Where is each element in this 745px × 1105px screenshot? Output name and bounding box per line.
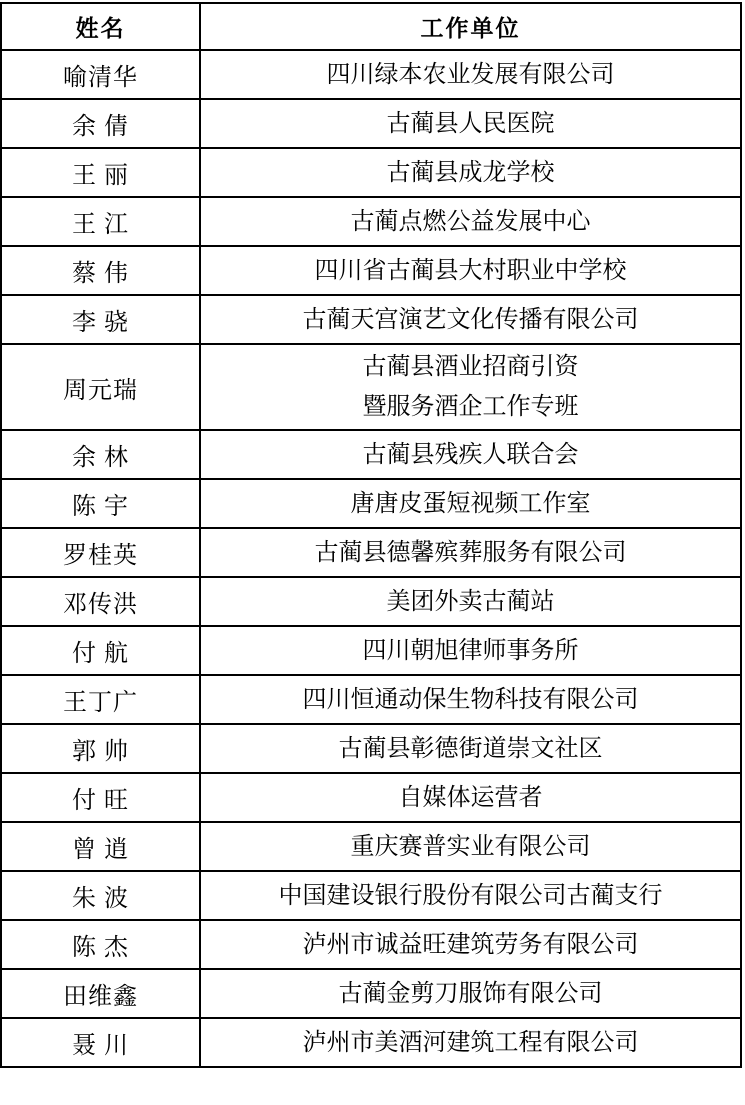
table-row: 余 倩古蔺县人民医院 <box>1 99 741 148</box>
name-cell: 蔡 伟 <box>1 246 200 295</box>
table-row: 王丁广四川恒通动保生物科技有限公司 <box>1 675 741 724</box>
name-cell: 田维鑫 <box>1 969 200 1018</box>
table-row: 李 骁古蔺天宫演艺文化传播有限公司 <box>1 295 741 344</box>
unit-cell: 泸州市诚益旺建筑劳务有限公司 <box>200 920 741 969</box>
unit-cell: 四川绿本农业发展有限公司 <box>200 50 741 99</box>
table-row: 王 江古蔺点燃公益发展中心 <box>1 197 741 246</box>
table-row: 曾 逍重庆赛普实业有限公司 <box>1 822 741 871</box>
table-row: 陈 杰泸州市诚益旺建筑劳务有限公司 <box>1 920 741 969</box>
name-cell: 郭 帅 <box>1 724 200 773</box>
table-row: 邓传洪美团外卖古蔺站 <box>1 577 741 626</box>
table-row: 余 林古蔺县残疾人联合会 <box>1 430 741 479</box>
unit-cell: 自媒体运营者 <box>200 773 741 822</box>
table-row: 付 旺自媒体运营者 <box>1 773 741 822</box>
unit-cell: 泸州市美酒河建筑工程有限公司 <box>200 1018 741 1067</box>
unit-cell: 重庆赛普实业有限公司 <box>200 822 741 871</box>
name-cell: 王 江 <box>1 197 200 246</box>
name-cell: 周元瑞 <box>1 344 200 430</box>
table-row: 朱 波中国建设银行股份有限公司古蔺支行 <box>1 871 741 920</box>
name-cell: 付 航 <box>1 626 200 675</box>
unit-cell: 古蔺县德馨殡葬服务有限公司 <box>200 528 741 577</box>
roster-table: 姓名 工作单位 喻清华四川绿本农业发展有限公司余 倩古蔺县人民医院王 丽古蔺县成… <box>0 2 742 1068</box>
column-header-unit: 工作单位 <box>200 3 741 50</box>
unit-cell: 古蔺县彰德街道崇文社区 <box>200 724 741 773</box>
table-row: 聂 川泸州市美酒河建筑工程有限公司 <box>1 1018 741 1067</box>
table-row: 喻清华四川绿本农业发展有限公司 <box>1 50 741 99</box>
table-row: 王 丽古蔺县成龙学校 <box>1 148 741 197</box>
name-cell: 聂 川 <box>1 1018 200 1067</box>
table-row: 田维鑫古蔺金剪刀服饰有限公司 <box>1 969 741 1018</box>
document-page: 姓名 工作单位 喻清华四川绿本农业发展有限公司余 倩古蔺县人民医院王 丽古蔺县成… <box>0 0 745 1105</box>
table-row: 罗桂英古蔺县德馨殡葬服务有限公司 <box>1 528 741 577</box>
unit-cell: 唐唐皮蛋短视频工作室 <box>200 479 741 528</box>
name-cell: 陈 宇 <box>1 479 200 528</box>
name-cell: 邓传洪 <box>1 577 200 626</box>
unit-cell: 四川朝旭律师事务所 <box>200 626 741 675</box>
unit-cell: 古蔺点燃公益发展中心 <box>200 197 741 246</box>
unit-cell: 古蔺金剪刀服饰有限公司 <box>200 969 741 1018</box>
table-row: 蔡 伟四川省古蔺县大村职业中学校 <box>1 246 741 295</box>
name-cell: 曾 逍 <box>1 822 200 871</box>
unit-cell: 古蔺县残疾人联合会 <box>200 430 741 479</box>
name-cell: 王丁广 <box>1 675 200 724</box>
table-row: 郭 帅古蔺县彰德街道崇文社区 <box>1 724 741 773</box>
unit-cell: 四川省古蔺县大村职业中学校 <box>200 246 741 295</box>
name-cell: 王 丽 <box>1 148 200 197</box>
unit-cell: 古蔺天宫演艺文化传播有限公司 <box>200 295 741 344</box>
name-cell: 余 林 <box>1 430 200 479</box>
unit-cell: 古蔺县酒业招商引资 暨服务酒企工作专班 <box>200 344 741 430</box>
name-cell: 朱 波 <box>1 871 200 920</box>
header-row: 姓名 工作单位 <box>1 3 741 50</box>
name-cell: 李 骁 <box>1 295 200 344</box>
name-cell: 陈 杰 <box>1 920 200 969</box>
name-cell: 罗桂英 <box>1 528 200 577</box>
table-row: 付 航四川朝旭律师事务所 <box>1 626 741 675</box>
column-header-name: 姓名 <box>1 3 200 50</box>
unit-cell: 中国建设银行股份有限公司古蔺支行 <box>200 871 741 920</box>
unit-cell: 四川恒通动保生物科技有限公司 <box>200 675 741 724</box>
unit-cell: 古蔺县成龙学校 <box>200 148 741 197</box>
name-cell: 喻清华 <box>1 50 200 99</box>
table-row: 陈 宇唐唐皮蛋短视频工作室 <box>1 479 741 528</box>
unit-cell: 美团外卖古蔺站 <box>200 577 741 626</box>
table-row: 周元瑞古蔺县酒业招商引资 暨服务酒企工作专班 <box>1 344 741 430</box>
name-cell: 付 旺 <box>1 773 200 822</box>
unit-cell: 古蔺县人民医院 <box>200 99 741 148</box>
name-cell: 余 倩 <box>1 99 200 148</box>
